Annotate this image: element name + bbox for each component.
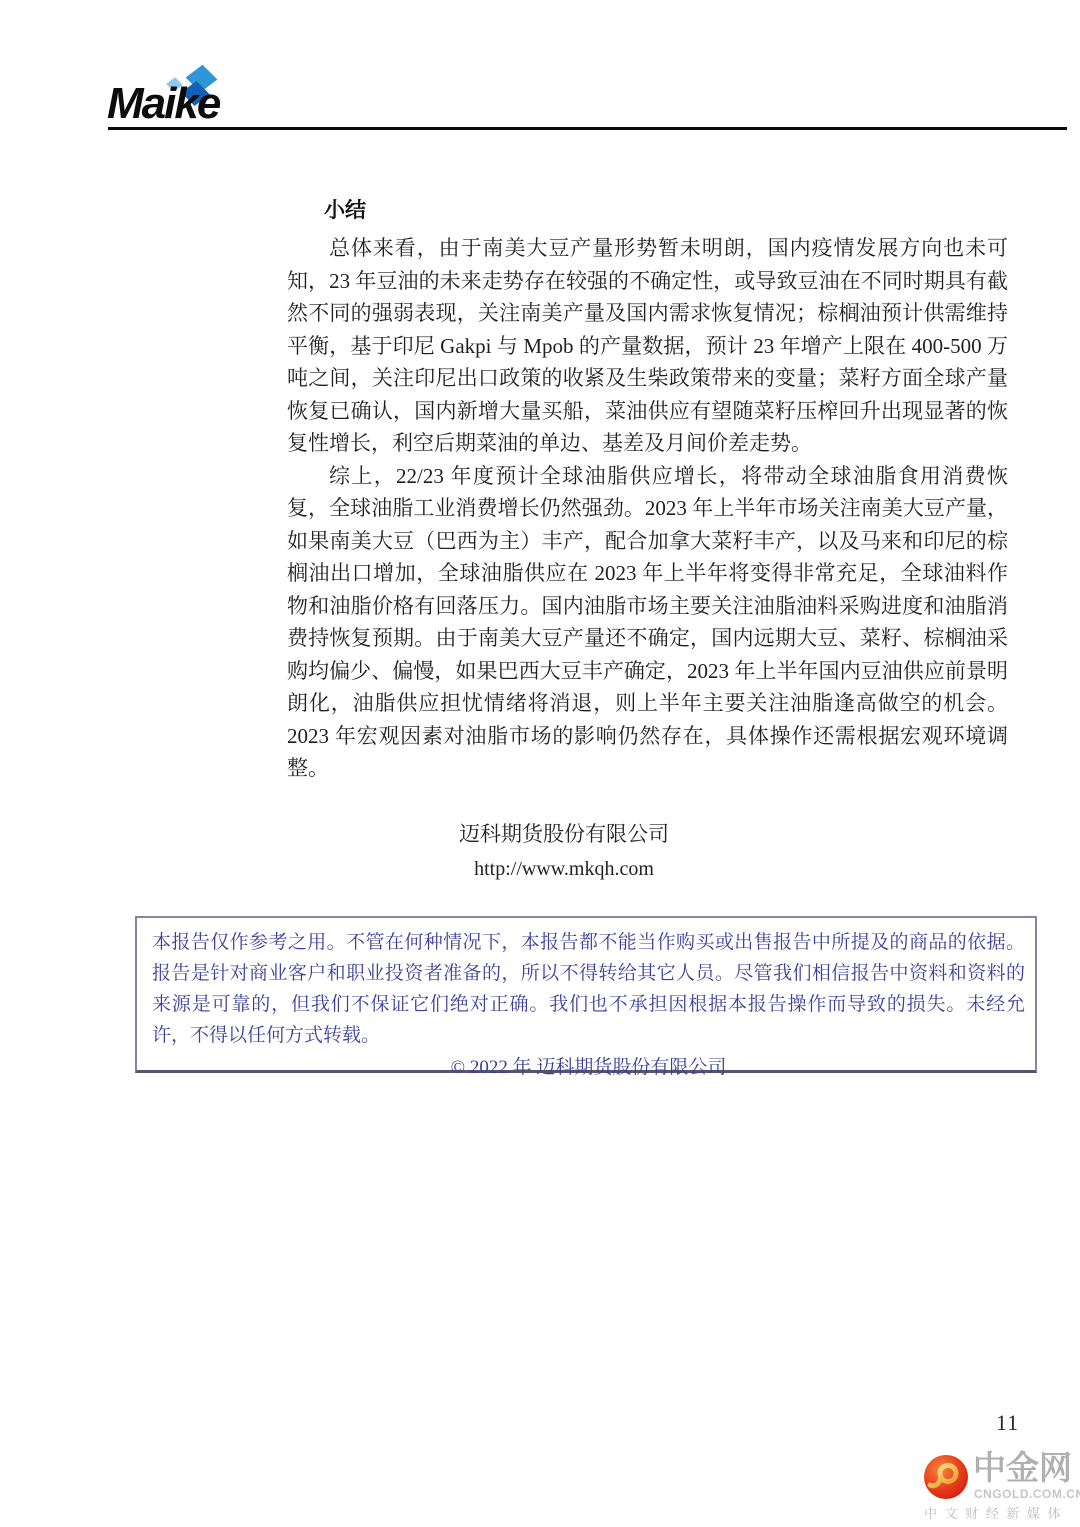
cngold-domain: CNGOLD.COM.CN bbox=[974, 1487, 1080, 1501]
maike-logo: Maike bbox=[107, 60, 407, 130]
company-website: http://www.mkqh.com bbox=[108, 858, 1020, 881]
cngold-logo-icon bbox=[923, 1454, 969, 1500]
disclaimer-box: 本报告仅作参考之用。不管在何种情况下，本报告都不能当作购买或出售报告中所提及的商… bbox=[135, 916, 1037, 1073]
cngold-tagline: 中 文 财 经 新 媒 体 bbox=[924, 1503, 1076, 1522]
summary-paragraph-1: 总体来看，由于南美大豆产量形势暂未明朗，国内疫情发展方向也未可知，23 年豆油的… bbox=[287, 232, 1008, 460]
cngold-watermark: 中金网 CNGOLD.COM.CN 中 文 财 经 新 媒 体 bbox=[921, 1449, 1076, 1527]
page-number: 11 bbox=[996, 1410, 1019, 1436]
summary-heading: 小结 bbox=[324, 194, 1008, 224]
logo-wordmark: Maike bbox=[107, 82, 219, 126]
disclaimer-text: 本报告仅作参考之用。不管在何种情况下，本报告都不能当作购买或出售报告中所提及的商… bbox=[152, 927, 1025, 1051]
disclaimer-copyright: © 2022 年 迈科期货股份有限公司 bbox=[152, 1053, 1025, 1083]
header-divider bbox=[108, 127, 1067, 130]
summary-paragraph-2: 综上，22/23 年度预计全球油脂供应增长，将带动全球油脂食用消费恢复，全球油脂… bbox=[287, 460, 1008, 785]
company-name: 迈科期货股份有限公司 bbox=[108, 818, 1020, 848]
cngold-title: 中金网 bbox=[973, 1451, 1072, 1484]
publisher-block: 迈科期货股份有限公司 http://www.mkqh.com bbox=[108, 818, 1020, 881]
report-body: 小结 总体来看，由于南美大豆产量形势暂未明朗，国内疫情发展方向也未可知，23 年… bbox=[287, 194, 1008, 785]
report-page: Maike 小结 总体来看，由于南美大豆产量形势暂未明朗，国内疫情发展方向也未可… bbox=[0, 0, 1080, 1527]
